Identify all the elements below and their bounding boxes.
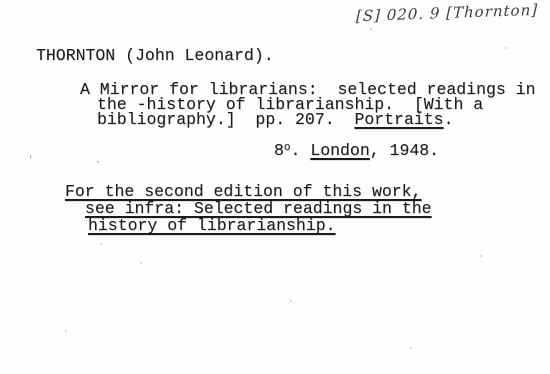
scan-speck — [97, 161, 99, 163]
note-line-3: history of librarianship. — [88, 218, 336, 234]
scan-speck — [410, 347, 412, 349]
imprint-year: , 1948. — [370, 141, 439, 160]
scan-speck — [100, 243, 102, 245]
imprint-separator: . — [291, 141, 311, 160]
author-heading: THORNTON (John Leonard). — [36, 48, 274, 64]
imprint-line: 8o. London, 1948. — [274, 140, 439, 159]
scan-speck — [480, 255, 482, 257]
title-line-3: bibliography.] pp. 207. Portraits. — [97, 112, 453, 128]
title-line-3-text: bibliography.] pp. 207. — [97, 110, 354, 129]
scan-speck — [65, 330, 67, 332]
format-numeral: 8 — [274, 141, 284, 160]
title-line-3-period: . — [444, 110, 454, 129]
format-superscript-o: o — [284, 142, 291, 154]
scan-speck — [140, 262, 142, 264]
scan-speck — [419, 112, 421, 114]
place-underlined-word: London — [310, 141, 369, 160]
scan-speck — [290, 300, 292, 302]
note-line-1: For the second edition of this work, — [65, 184, 421, 200]
note-line-2: see infra: Selected readings in the — [85, 201, 432, 217]
scan-speck — [370, 28, 372, 30]
handwritten-shelfmark: [S] 020. 9 [Thornton] — [356, 1, 539, 25]
catalog-card: [S] 020. 9 [Thornton] THORNTON (John Leo… — [0, 0, 550, 374]
portraits-underlined-word: Portraits — [354, 110, 443, 129]
scan-speck — [505, 47, 507, 49]
scan-speck — [30, 155, 31, 159]
